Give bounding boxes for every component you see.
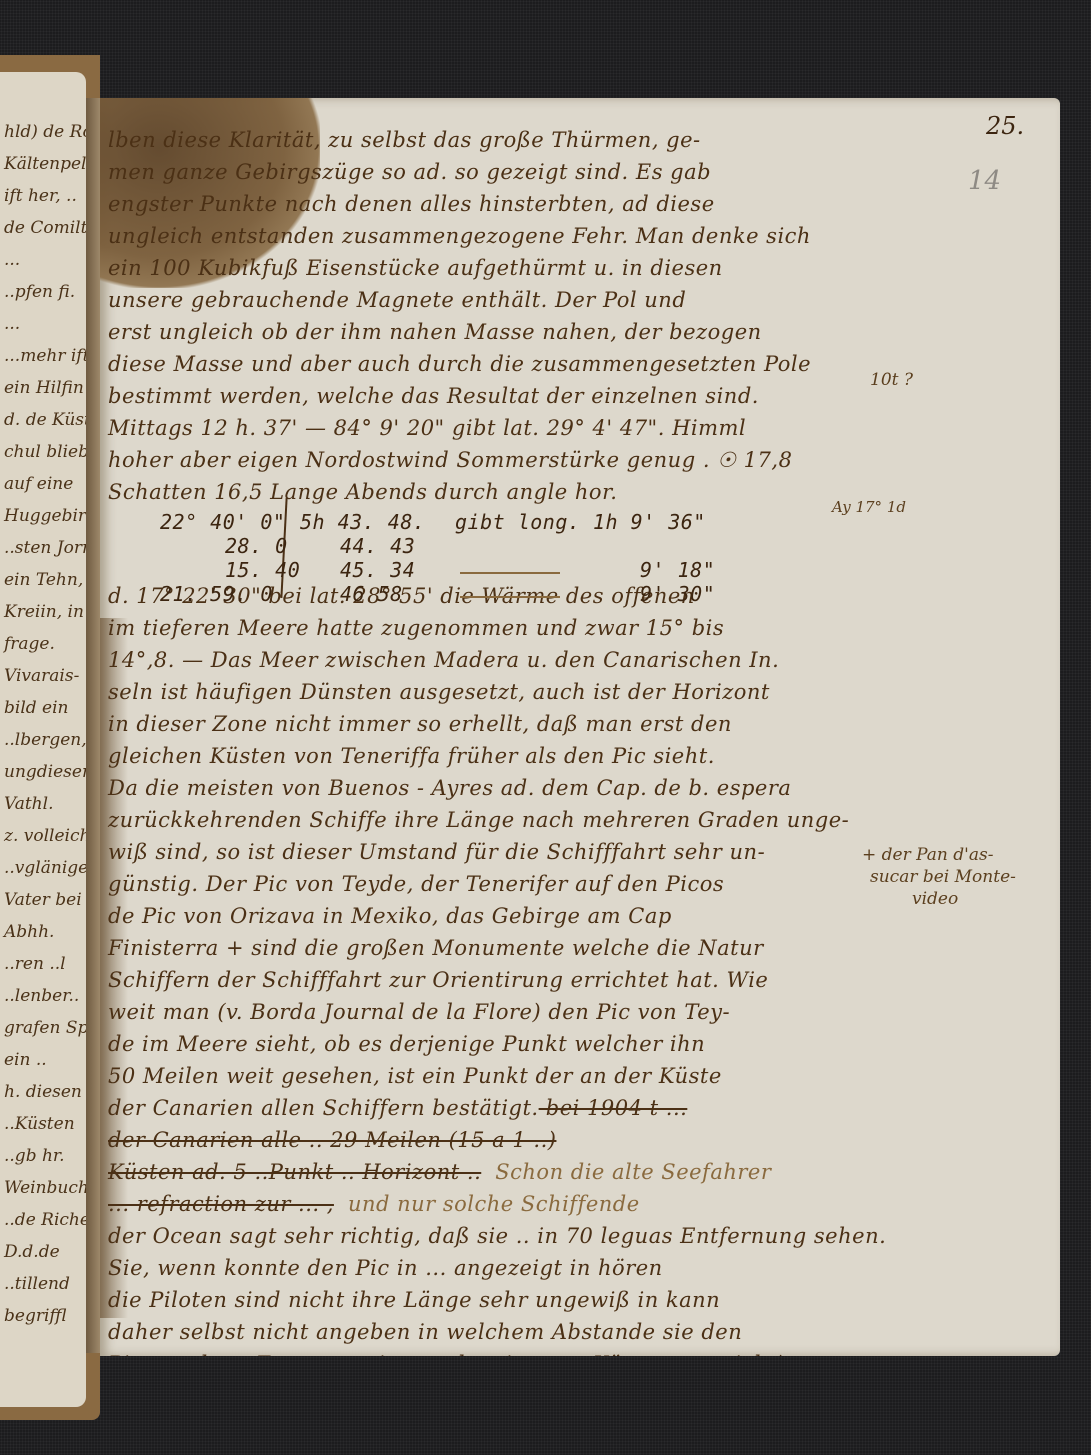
- left-page-line: ..lbergen, bl: [4, 730, 86, 750]
- manuscript-line: daher selbst nicht angeben in welchem Ab…: [108, 1320, 742, 1344]
- observation-angle: 21. 59. 0: [160, 582, 273, 606]
- manuscript-line: der Canarien allen Schiffern bestätigt. …: [108, 1096, 687, 1120]
- manuscript-line: Sie, wenn konnte den Pic in ... angezeig…: [108, 1256, 663, 1280]
- manuscript-line: lben diese Klarität, zu selbst das große…: [108, 128, 701, 152]
- manuscript-line: ein 100 Kubikfuß Eisenstücke aufgethürmt…: [108, 256, 723, 280]
- manuscript-line: Finisterra + sind die großen Monumente w…: [108, 936, 764, 960]
- line-text: im tieferen Meere hatte zugenommen und z…: [108, 616, 724, 640]
- manuscript-line: unsere gebrauchende Magnete enthält. Der…: [108, 288, 686, 312]
- manuscript-line: 14°,8. — Das Meer zwischen Madera u. den…: [108, 648, 779, 672]
- left-page-line: ..vglänige: [4, 858, 86, 878]
- struck-through-text: Küsten ad. 5 ..Punkt .. Horizont ..: [108, 1160, 481, 1184]
- manuscript-line: die Piloten sind nicht ihre Länge sehr u…: [108, 1288, 720, 1312]
- observation-time: 5h 43. 48.: [300, 510, 425, 534]
- line-text: weit man (v. Borda Journal de la Flore) …: [108, 1000, 730, 1024]
- manuscript-line: diese Masse und aber auch durch die zusa…: [108, 352, 811, 376]
- observation-time: 45. 34: [340, 558, 415, 582]
- manuscript-line: erst ungleich ob der ihm nahen Masse nah…: [108, 320, 762, 344]
- manuscript-line: zurückkehrenden Schiffe ihre Länge nach …: [108, 808, 849, 832]
- manuscript-line: Pic gesehen. Etwa nur einer unbestimmter…: [108, 1352, 785, 1356]
- left-page-line: ...mehr ift): [4, 346, 86, 366]
- manuscript-line: gleichen Küsten von Teneriffa früher als…: [108, 744, 715, 768]
- manuscript-line: in dieser Zone nicht immer so erhellt, d…: [108, 712, 732, 736]
- line-text: 14°,8. — Das Meer zwischen Madera u. den…: [108, 648, 779, 672]
- line-text: und nur solche Schiffende: [348, 1192, 640, 1216]
- observation-time: 44. 43: [340, 534, 415, 558]
- manuscript-line: seln ist häufigen Dünsten ausgesetzt, au…: [108, 680, 770, 704]
- line-text: günstig. Der Pic von Teyde, der Tenerife…: [108, 872, 724, 896]
- line-text: de Pic von Orizava in Mexiko, das Gebirg…: [108, 904, 672, 928]
- margin-note-pan-de-azucar: + der Pan d'as- sucar bei Monte- video: [862, 844, 1016, 910]
- left-page-line: ein Tehn,: [4, 570, 83, 590]
- manuscript-line: weit man (v. Borda Journal de la Flore) …: [108, 1000, 730, 1024]
- left-page-line: ..Küsten: [4, 1114, 75, 1134]
- left-page-line: hld) de Roe: [4, 122, 86, 142]
- manuscript-line: de im Meere sieht, ob es derjenige Punkt…: [108, 1032, 705, 1056]
- observation-time: 46 58: [340, 582, 403, 606]
- manuscript-line: ungleich entstanden zusammengezogene Feh…: [108, 224, 811, 248]
- observation-result: gibt long. 1h 9' 36": [455, 510, 706, 534]
- left-page-line: ..ren ..l: [4, 954, 66, 974]
- line-text: Sie, wenn konnte den Pic in ... angezeig…: [108, 1256, 663, 1280]
- page-number: 25.: [986, 112, 1024, 140]
- line-text: Pic gesehen. Etwa nur einer unbestimmter…: [108, 1352, 785, 1356]
- line-text: zurückkehrenden Schiffe ihre Länge nach …: [108, 808, 849, 832]
- left-page-line: D.d.de: [4, 1242, 60, 1262]
- left-page-line: Abhh.: [4, 922, 54, 942]
- line-text: Da die meisten von Buenos - Ayres ad. de…: [108, 776, 791, 800]
- left-page-line: ...: [4, 314, 20, 334]
- line-text: 50 Meilen weit gesehen, ist ein Punkt de…: [108, 1064, 722, 1088]
- line-text: de im Meere sieht, ob es derjenige Punkt…: [108, 1032, 705, 1056]
- manuscript-line: der Canarien alle .. 29 Meilen (15 a 1 .…: [108, 1128, 556, 1152]
- margin-note-line: sucar bei Monte-: [862, 866, 1016, 888]
- struck-through-text: bei 1904 t ...: [539, 1096, 688, 1120]
- line-text: Schon die alte Seefahrer: [495, 1160, 771, 1184]
- manuscript-line: der Ocean sagt sehr richtig, daß sie .. …: [108, 1224, 886, 1248]
- manuscript-line: 50 Meilen weit gesehen, ist ein Punkt de…: [108, 1064, 722, 1088]
- left-facing-page: hld) de RoeKältenpelift her, ..de Comilt…: [0, 72, 86, 1407]
- left-page-line: Kreiin, in dez: [4, 602, 86, 622]
- left-page-line: auf eine: [4, 474, 73, 494]
- left-page-line: ift her, ..: [4, 186, 77, 206]
- observation-result: 9' 18": [640, 558, 715, 582]
- observation-angle: 28. 0: [225, 534, 288, 558]
- manuscript-line: hoher aber eigen Nordostwind Sommerstürk…: [108, 448, 792, 472]
- manuscript-line: bestimmt werden, welche das Resultat der…: [108, 384, 759, 408]
- manuscript-line: im tieferen Meere hatte zugenommen und z…: [108, 616, 724, 640]
- manuscript-line: Schiffern der Schifffahrt zur Orientirun…: [108, 968, 768, 992]
- left-page-line: ...: [4, 250, 20, 270]
- manuscript-line: de Pic von Orizava in Mexiko, das Gebirg…: [108, 904, 672, 928]
- line-text: in dieser Zone nicht immer so erhellt, d…: [108, 712, 732, 736]
- struck-through-text: der Canarien alle .. 29 Meilen (15 a 1 .…: [108, 1128, 556, 1152]
- manuscript-page: 25. 14 lben diese Klarität, zu selbst da…: [100, 98, 1060, 1356]
- left-page-line: d. de Küsten: [4, 410, 86, 430]
- line-text: daher selbst nicht angeben in welchem Ab…: [108, 1320, 742, 1344]
- left-page-line: begriffl: [4, 1306, 66, 1326]
- pencil-folio-number: 14: [968, 166, 1001, 196]
- manuscript-line: günstig. Der Pic von Teyde, der Tenerife…: [108, 872, 724, 896]
- line-text: der Canarien allen Schiffern bestätigt.: [108, 1096, 539, 1120]
- left-page-line: Vater bei: [4, 890, 82, 910]
- observation-angle: 15. 40: [225, 558, 300, 582]
- left-page-line: ..lenber..: [4, 986, 79, 1006]
- left-page-line: ein Hilfin: [4, 378, 84, 398]
- margin-note-query: 10t ?: [870, 370, 913, 390]
- struck-through-text: ... refraction zur ... ,: [108, 1192, 334, 1216]
- left-page-line: frage.: [4, 634, 55, 654]
- line-text: seln ist häufigen Dünsten ausgesetzt, au…: [108, 680, 770, 704]
- left-page-line: Kältenpel: [4, 154, 86, 174]
- left-page-line: ..sten Jorne,: [4, 538, 86, 558]
- left-page-line: Vathl.: [4, 794, 53, 814]
- manuscript-line: Küsten ad. 5 ..Punkt .. Horizont ..Schon…: [108, 1160, 771, 1184]
- left-page-line: z. volleicht: [4, 826, 86, 846]
- line-text: Schiffern der Schifffahrt zur Orientirun…: [108, 968, 768, 992]
- left-page-line: ein ..: [4, 1050, 47, 1070]
- left-page-line: chul blieben: [4, 442, 86, 462]
- margin-note-line: + der Pan d'as-: [862, 844, 1016, 866]
- line-text: Finisterra + sind die großen Monumente w…: [108, 936, 764, 960]
- left-page-line: Weinbuch: [4, 1178, 86, 1198]
- left-page-line: Huggebirge,: [4, 506, 86, 526]
- left-page-line: h. diesen: [4, 1082, 82, 1102]
- line-text: gleichen Küsten von Teneriffa früher als…: [108, 744, 715, 768]
- left-page-line: ..de Riche: [4, 1210, 86, 1230]
- left-page-line: ..gb hr.: [4, 1146, 65, 1166]
- observation-result: 9' 30": [640, 582, 715, 606]
- manuscript-line: wiß sind, so ist dieser Umstand für die …: [108, 840, 765, 864]
- margin-note-declination: Ay 17° 1d: [832, 498, 906, 516]
- left-page-line: Vivarais-: [4, 666, 79, 686]
- manuscript-line: engster Punkte nach denen alles hinsterb…: [108, 192, 715, 216]
- left-page-line: grafen Spreib..: [4, 1018, 86, 1038]
- left-page-line: de Comilt: [4, 218, 86, 238]
- line-text: wiß sind, so ist dieser Umstand für die …: [108, 840, 765, 864]
- manuscript-line: men ganze Gebirgszüge so ad. so gezeigt …: [108, 160, 711, 184]
- manuscript-line: ... refraction zur ... ,und nur solche S…: [108, 1192, 640, 1216]
- manuscript-line: Schatten 16,5 Lange Abends durch angle h…: [108, 480, 617, 504]
- ditto-dash: [460, 572, 560, 574]
- margin-note-line: video: [862, 888, 1016, 910]
- line-text: der Ocean sagt sehr richtig, daß sie .. …: [108, 1224, 886, 1248]
- ditto-dash: [460, 596, 560, 598]
- line-text: die Piloten sind nicht ihre Länge sehr u…: [108, 1288, 720, 1312]
- left-page-line: ..tillend: [4, 1274, 70, 1294]
- manuscript-line: Mittags 12 h. 37' — 84° 9' 20" gibt lat.…: [108, 416, 746, 440]
- left-page-line: ungdiesen: [4, 762, 86, 782]
- left-page-line: bild ein: [4, 698, 69, 718]
- observation-angle: 22° 40' 0": [160, 510, 285, 534]
- left-page-line: ..pfen fi.: [4, 282, 75, 302]
- manuscript-line: Da die meisten von Buenos - Ayres ad. de…: [108, 776, 791, 800]
